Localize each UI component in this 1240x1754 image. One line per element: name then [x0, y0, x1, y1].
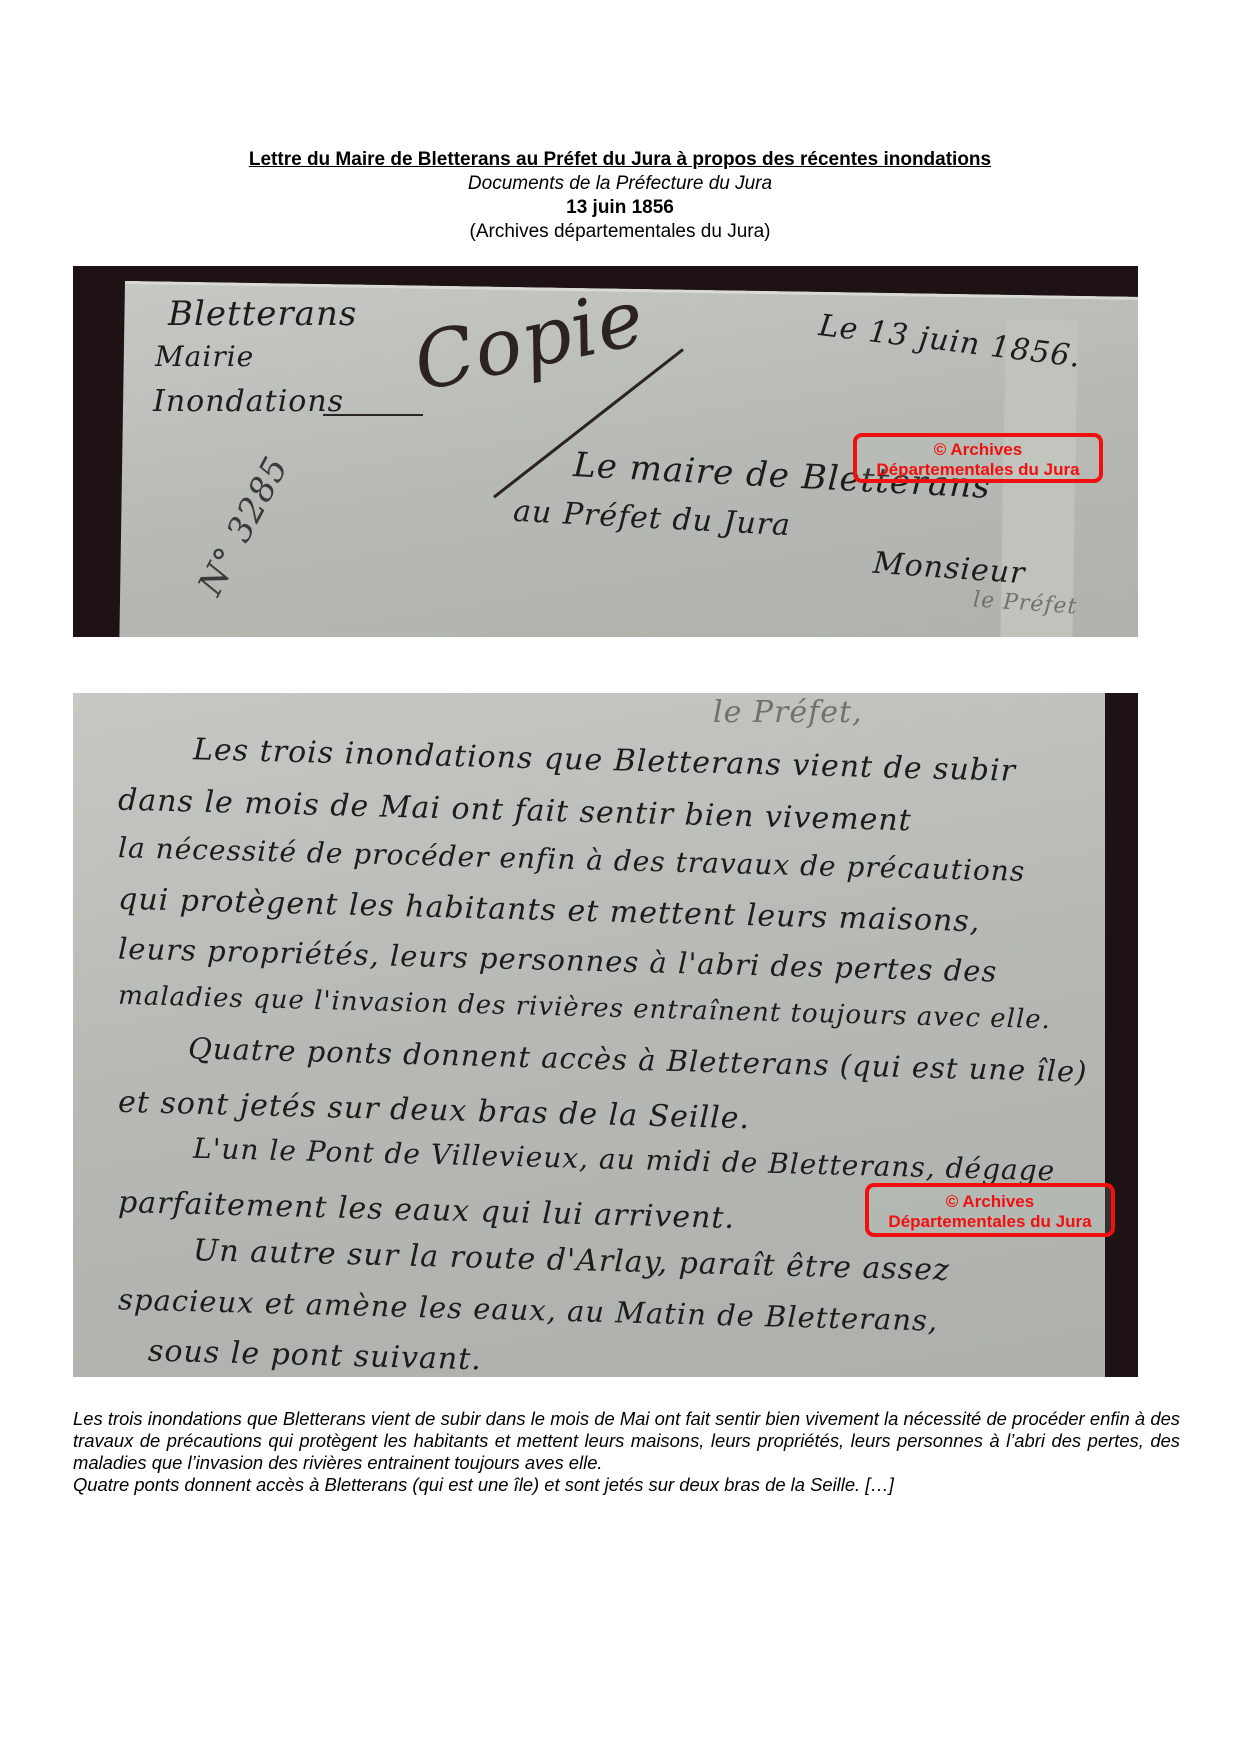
margin-bletterans: Bletterans [168, 294, 357, 334]
document-title: Lettre du Maire de Bletterans au Préfet … [0, 148, 1240, 172]
document-header: Lettre du Maire de Bletterans au Préfet … [0, 148, 1240, 244]
document-date: 13 juin 1856 [0, 196, 1240, 220]
archives-watermark: © Archives Départementales du Jura [865, 1183, 1115, 1237]
margin-mairie: Mairie [155, 340, 254, 373]
letter-photo-top: Bletterans Mairie Inondations Copie Le 1… [73, 266, 1138, 637]
transcription-caption: Les trois inondations que Bletterans vie… [73, 1408, 1180, 1496]
margin-underline [323, 414, 423, 416]
transcription-paragraph-1: Les trois inondations que Bletterans vie… [73, 1408, 1180, 1474]
transcription-paragraph-2: Quatre ponts donnent accès à Bletterans … [73, 1474, 1180, 1496]
archives-watermark: © Archives Départementales du Jura [853, 433, 1103, 483]
watermark-line-1: © Archives [857, 440, 1099, 460]
letter-photo-body: le Préfet, Les trois inondations que Ble… [73, 693, 1138, 1377]
handwritten-line: le Préfet, [713, 695, 863, 730]
watermark-line-2: Départementales du Jura [857, 460, 1099, 480]
watermark-line-1: © Archives [869, 1192, 1111, 1212]
document-source: (Archives départementales du Jura) [0, 220, 1240, 244]
document-subtitle: Documents de la Préfecture du Jura [0, 172, 1240, 196]
margin-inondations: Inondations [153, 384, 344, 419]
watermark-line-2: Départementales du Jura [869, 1212, 1111, 1232]
